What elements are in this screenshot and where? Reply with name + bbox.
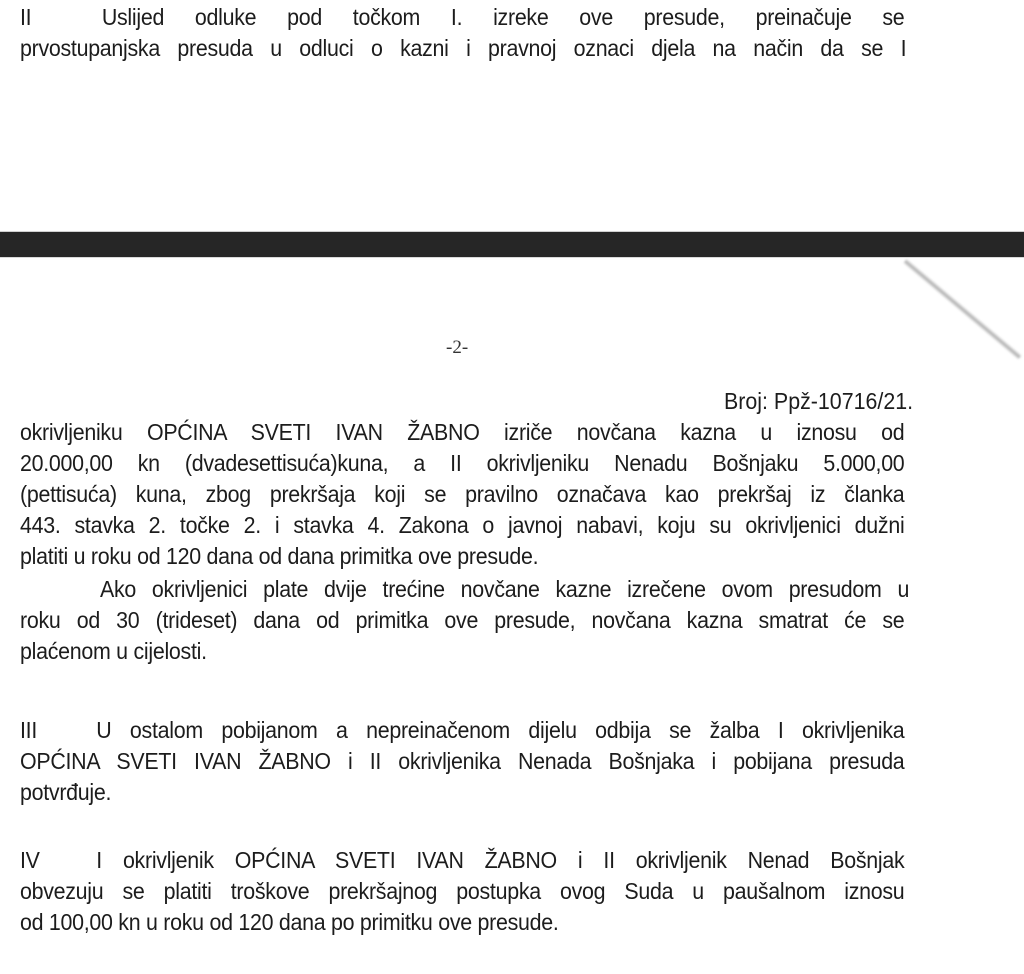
page-number: -2- xyxy=(446,337,468,359)
section-iii-text: U ostalom pobijanom a nepreinačenom dije… xyxy=(96,715,904,745)
case-number: Broj: Ppž-10716/21. xyxy=(724,386,913,416)
continuation-line-2: 20.000,00 kn (dvadesettisuća)kuna, a II … xyxy=(20,448,904,478)
section-iv-line-1: IVI okrivljenik OPĆINA SVETI IVAN ŽABNO … xyxy=(20,845,904,875)
continuation-line-4: 443. stavka 2. točke 2. i stavka 4. Zako… xyxy=(20,510,904,540)
payment-line-1: Ako okrivljenici plate dvije trećine nov… xyxy=(100,574,909,604)
section-iii-line-3: potvrđuje. xyxy=(20,777,904,807)
page-separator-band xyxy=(0,231,1024,258)
section-iii-numeral: III xyxy=(20,715,96,745)
section-iv-line-3: od 100,00 kn u roku od 120 dana po primi… xyxy=(20,907,904,937)
payment-line-3: plaćenom u cijelosti. xyxy=(20,636,904,666)
continuation-line-5: platiti u roku od 120 dana od dana primi… xyxy=(20,541,904,571)
continuation-line-1: okrivljeniku OPĆINA SVETI IVAN ŽABNO izr… xyxy=(20,417,904,447)
section-iv-numeral: IV xyxy=(20,845,96,875)
continuation-line-3: (pettisuća) kuna, zbog prekršaja koji se… xyxy=(20,479,904,509)
section-ii-line-1: IIUslijed odluke pod točkom I. izreke ov… xyxy=(20,2,904,32)
section-iv-line-2: obvezuju se platiti troškove prekršajnog… xyxy=(20,876,904,906)
scan-streak xyxy=(903,259,1022,360)
document-page: IIUslijed odluke pod točkom I. izreke ov… xyxy=(0,0,1024,974)
section-iv-text: I okrivljenik OPĆINA SVETI IVAN ŽABNO i … xyxy=(96,845,904,875)
payment-line-2: roku od 30 (trideset) dana od primitka o… xyxy=(20,605,904,635)
section-ii-numeral: II xyxy=(20,2,102,32)
section-ii-line-2: prvostupanjska presuda u odluci o kazni … xyxy=(20,33,906,63)
section-ii-text: Uslijed odluke pod točkom I. izreke ove … xyxy=(102,2,905,32)
section-iii-line-2: OPĆINA SVETI IVAN ŽABNO i II okrivljenik… xyxy=(20,746,904,776)
section-iii-line-1: IIIU ostalom pobijanom a nepreinačenom d… xyxy=(20,715,904,745)
